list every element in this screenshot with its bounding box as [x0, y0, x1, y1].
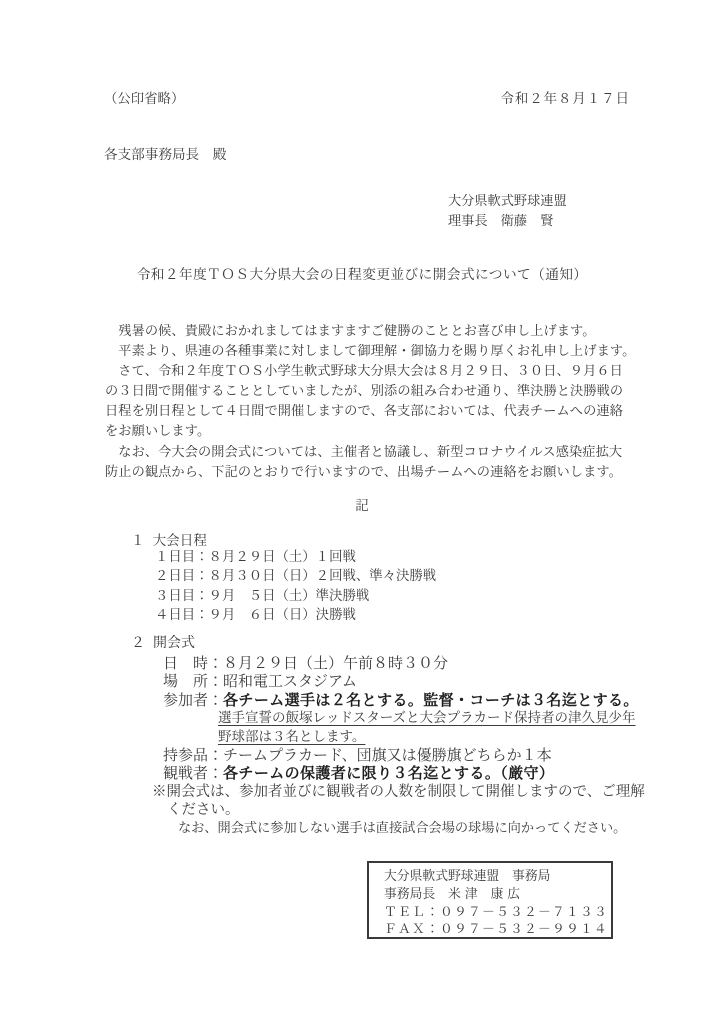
body-line: 残暑の候、貴殿におかれましてはますますご健勝のこととお喜び申し上げます。 — [105, 322, 635, 342]
datetime-label: 日 時： — [163, 654, 223, 672]
body-line: の３日間で開催することとしていましたが、別添の組み合わせ通り、準決勝と決勝戦の — [105, 382, 635, 402]
document-title: 令和２年度ＴＯＳ大分県大会の日程変更並びに開会式について（通知） — [0, 263, 724, 283]
record-marker: 記 — [0, 494, 724, 514]
body-line: さて、令和２年度ＴＯＳ小学生軟式野球大分県大会は８月２９日、３０日、９月６日 — [105, 362, 635, 382]
schedule-day-1: １日目：８月２９日（土）１回戦 — [155, 548, 436, 567]
items-label: 持参品： — [163, 746, 223, 764]
contact-tel: ＴＥＬ：０９７－５３２－７１３３ — [384, 904, 611, 922]
ceremony-note-line-2: ください。 — [167, 801, 645, 819]
document-page: （公印省略） 令和２年８月１７日 各支部事務局長 殿 大分県軟式野球連盟 理事長… — [0, 0, 724, 1024]
items-value: チームプラカード、団旗又は優勝旗どちらか１本 — [223, 746, 552, 764]
section2-title: 開会式 — [153, 635, 195, 651]
place-line: 場 所：昭和電工スタジアム — [163, 672, 645, 690]
participants-label: 参加者： — [163, 691, 223, 709]
datetime-line: 日 時：８月２９日（土）午前８時３０分 — [163, 654, 645, 672]
schedule-list: １日目：８月２９日（土）１回戦 ２日目：８月３０日（日）２回戦、準々決勝戦 ３日… — [155, 548, 436, 625]
body-line: 平素より、県連の各種事業に対しまして御理解・御協力を賜り厚くお礼申し上げます。 — [105, 342, 635, 362]
participants-exception-line-2: 野球部は３名とします。 — [218, 728, 645, 746]
opening-ceremony-details: 日 時：８月２９日（土）午前８時３０分 場 所：昭和電工スタジアム 参加者：各チ… — [163, 654, 645, 838]
body-line: 防止の観点から、下記のとおりで行いますので、出場チームへの連絡をお願いします。 — [105, 463, 635, 483]
sender-signer: 理事長 衛藤 賢 — [448, 212, 567, 232]
section1-title: 大会日程 — [153, 533, 207, 549]
body-line: なお、今大会の開会式については、主催者と協議し、新型コロナウイルス感染症拡大 — [105, 443, 635, 463]
ceremony-note-line-3: なお、開会式に参加しない選手は直接試合会場の球場に向かってください。 — [178, 820, 645, 838]
participants-exception-line-1: 選手宣誓の飯塚レッドスターズと大会プラカード保持者の津久見少年 — [218, 709, 645, 727]
schedule-day-2: ２日目：８月３０日（日）２回戦、準々決勝戦 — [155, 567, 436, 586]
participants-rule: 各チーム選手は２名とする。監督・コーチは３名迄とする。 — [223, 691, 639, 709]
datetime-value: ８月２９日（土）午前８時３０分 — [223, 654, 448, 672]
section1-number: １ — [131, 533, 145, 549]
spectators-label: 観戦者： — [163, 764, 223, 782]
contact-organization: 大分県軟式野球連盟 事務局 — [384, 868, 611, 886]
section2-heading: ２開会式 — [131, 632, 195, 652]
recipient-line: 各支部事務局長 殿 — [104, 143, 226, 163]
schedule-day-4: ４日目：９月 ６日（日）決勝戦 — [155, 606, 436, 625]
spectators-line: 観戦者：各チームの保護者に限り３名迄とする。（厳守） — [163, 764, 645, 782]
document-date: 令和２年８月１７日 — [105, 88, 630, 107]
items-line: 持参品：チームプラカード、団旗又は優勝旗どちらか１本 — [163, 746, 645, 764]
place-label: 場 所： — [163, 672, 223, 690]
contact-box: 大分県軟式野球連盟 事務局 事務局長 米 津 康 広 ＴＥＬ：０９７－５３２－７… — [367, 861, 613, 939]
body-line: 日程を別日程として４日間で開催しますので、各支部においては、代表チームへの連絡 — [105, 402, 635, 422]
participants-line: 参加者：各チーム選手は２名とする。監督・コーチは３名迄とする。 — [163, 691, 645, 709]
place-value: 昭和電工スタジアム — [223, 672, 357, 690]
schedule-day-3: ３日目：９月 ５日（土）準決勝戦 — [155, 587, 436, 606]
section1-heading: １大会日程 — [131, 529, 207, 549]
section2-number: ２ — [131, 635, 145, 651]
contact-fax: ＦＡＸ：０９７－５３２－９９１４ — [384, 921, 611, 939]
ceremony-note-line-1: ※開会式は、参加者並びに観戦者の人数を制限して開催しますので、ご理解 — [152, 783, 645, 801]
contact-manager: 事務局長 米 津 康 広 — [384, 886, 611, 904]
body-line: をお願いします。 — [105, 422, 635, 442]
sender-block: 大分県軟式野球連盟 理事長 衛藤 賢 — [448, 192, 567, 231]
spectators-rule: 各チームの保護者に限り３名迄とする。（厳守） — [223, 764, 554, 782]
sender-organization: 大分県軟式野球連盟 — [448, 192, 567, 212]
body-paragraphs: 残暑の候、貴殿におかれましてはますますご健勝のこととお喜び申し上げます。 平素よ… — [105, 322, 635, 483]
